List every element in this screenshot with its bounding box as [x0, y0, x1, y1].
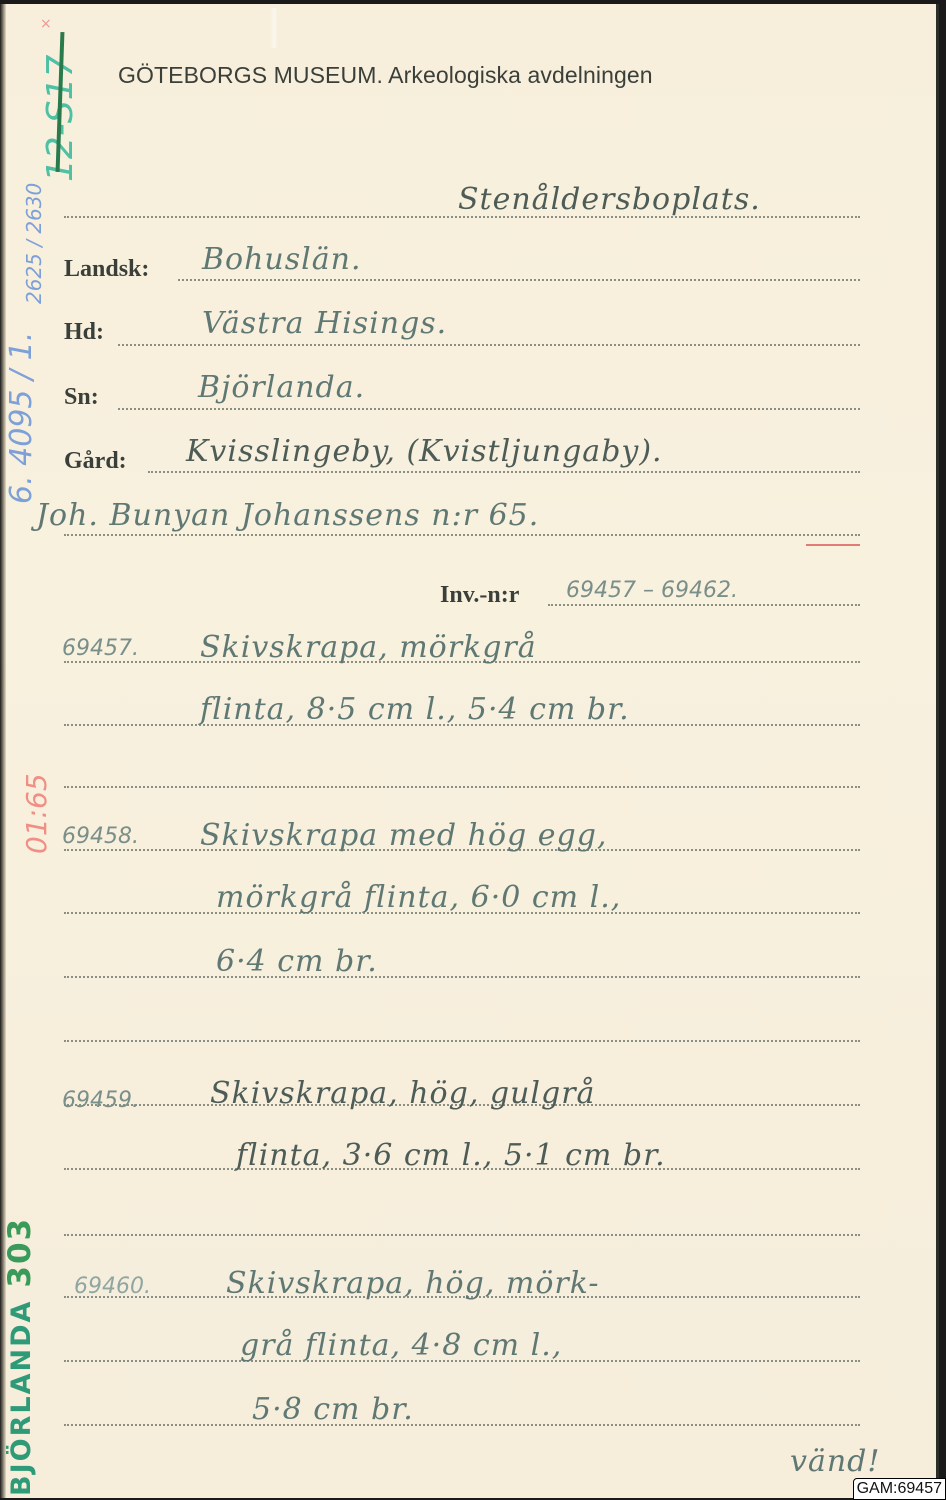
place-stamp: BJÖRLANDA303: [2, 1217, 38, 1496]
dotted-line: [64, 786, 860, 788]
entry-number: 69460.: [74, 1274, 151, 1299]
landsk-label: Landsk:: [64, 256, 149, 283]
entry-line: 6·4 cm br.: [216, 944, 378, 979]
landsk-value: Bohuslän.: [202, 242, 361, 277]
dotted-line: [148, 471, 860, 473]
entry-number: 69457.: [62, 636, 139, 661]
entry-number: 69458.: [62, 824, 139, 849]
entry-line: Skivskrapa, hög, gulgrå: [210, 1076, 595, 1111]
gard-label: Gård:: [64, 448, 127, 475]
entry-line: grå flinta, 4·8 cm l.,: [240, 1328, 562, 1363]
dotted-line: [178, 279, 860, 281]
turn-note: vänd!: [790, 1444, 880, 1479]
site-type: Stenåldersboplats.: [458, 182, 761, 217]
catalog-id-label: GAM:69457: [853, 1478, 946, 1500]
stamp-number: 303: [2, 1217, 38, 1288]
entry-line: mörkgrå flinta, 6·0 cm l.,: [216, 880, 621, 915]
margin-blue-numbers: 2625 / 2630: [24, 183, 44, 304]
dotted-line: [64, 534, 860, 536]
dotted-line: [64, 1040, 860, 1042]
margin-blue-note: 6. 4095 / 1.: [4, 332, 39, 504]
hd-label: Hd:: [64, 319, 104, 346]
dotted-line: [118, 408, 860, 410]
margin-red-mark: ×: [40, 16, 52, 32]
hd-value: Västra Hisings.: [202, 306, 447, 341]
museum-header: GÖTEBORGS MUSEUM. Arkeologiska avdelning…: [118, 62, 653, 89]
dotted-line: [64, 1424, 860, 1426]
entry-number: 69459.: [62, 1088, 139, 1113]
dotted-line: [118, 344, 860, 346]
red-underline: [806, 544, 860, 546]
catalog-card: GÖTEBORGS MUSEUM. Arkeologiska avdelning…: [0, 4, 939, 1498]
gard-value: Kvisslingeby, (Kvistljungaby).: [186, 434, 663, 469]
sn-label: Sn:: [64, 384, 99, 411]
dotted-line: [64, 976, 860, 978]
entry-line: flinta, 3·6 cm l., 5·1 cm br.: [236, 1138, 666, 1173]
entry-line: 5·8 cm br.: [252, 1392, 414, 1427]
card-edge: [0, 4, 6, 1498]
entry-line: flinta, 8·5 cm l., 5·4 cm br.: [200, 692, 630, 727]
entry-line: Skivskrapa, mörkgrå: [200, 630, 537, 665]
dotted-line: [548, 604, 860, 606]
inv-value: 69457 – 69462.: [566, 578, 738, 603]
paper-fold: [270, 8, 278, 48]
entry-line: Skivskrapa, hög, mörk-: [226, 1266, 600, 1301]
inv-label: Inv.-n:r: [440, 582, 519, 609]
entry-line: Skivskrapa med hög egg,: [200, 818, 607, 853]
owner-line: Joh. Bunyan Johanssens n:r 65.: [36, 498, 539, 533]
dotted-line: [64, 1234, 860, 1236]
sn-value: Björlanda.: [198, 370, 365, 405]
margin-red-note: 01:65: [20, 773, 53, 854]
stamp-place: BJÖRLANDA: [6, 1300, 37, 1496]
